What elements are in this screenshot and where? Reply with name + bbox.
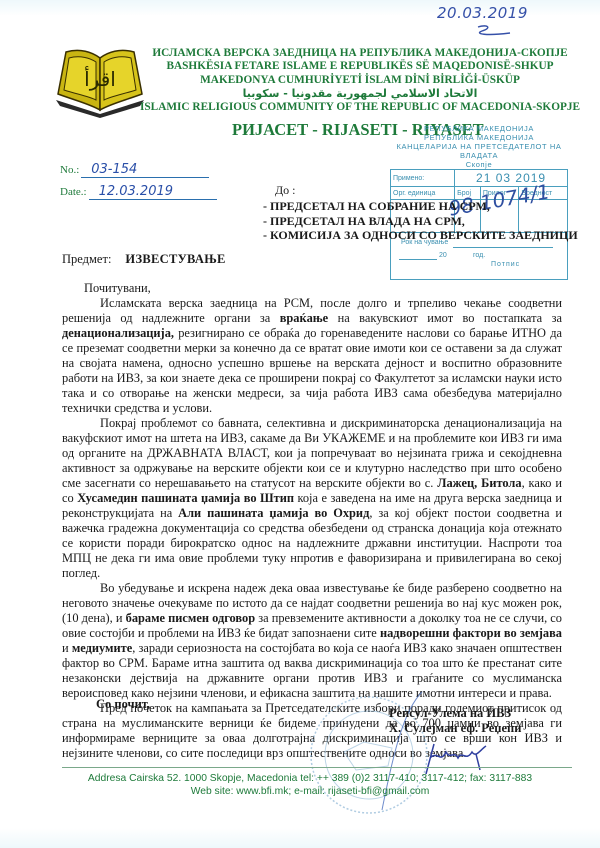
svg-text:اقرأ: اقرأ — [84, 66, 116, 91]
handwritten-initials-icon — [470, 24, 516, 38]
letterhead-arabic: الاتحاد الاسلامي لجمهورية مقدونيا - سكوب… — [140, 87, 580, 100]
signatory-title: Реисул-Улема на ИВЗ — [389, 706, 521, 721]
stamp-year-prefix: 20 — [439, 252, 447, 259]
document-date-value: 12.03.2019 — [89, 184, 217, 200]
handwritten-signature-icon — [420, 740, 490, 776]
closing: Со почит, — [96, 697, 150, 712]
body-paragraph: Исламската верска заедница на РСМ, после… — [62, 296, 562, 416]
letterhead-macedonian: ИСЛАМСКА ВЕРСКА ЗАЕДНИЦА НА РЕПУБЛИКА МА… — [140, 47, 580, 60]
body-paragraph: Покрај проблемот со бавната, селективна … — [62, 416, 562, 581]
letterhead-albanian: BASHKËSIA FETARE ISLAME E REPUBLIKËS SË … — [140, 60, 580, 73]
footer: Addresa Cairska 52. 1000 Skopje, Macedon… — [40, 773, 580, 798]
open-book-logo-icon: اقرأ — [52, 44, 148, 118]
footer-address: Addresa Cairska 52. 1000 Skopje, Macedon… — [40, 773, 580, 786]
document-number-value: 03-154 — [81, 162, 209, 178]
letterhead-turkish: MAKEDONYA CUMHURİYETİ İSLAM DİNİ BİRLİĞİ… — [140, 74, 580, 87]
emphasis-text: надворешни фактори во земјава — [380, 626, 562, 640]
stamp-year-suffix: год. — [473, 252, 485, 259]
document-date-label: Date.: — [60, 186, 87, 198]
emphasis-text: бараме писмен одговор — [126, 611, 256, 625]
letterhead: ИСЛАМСКА ВЕРСКА ЗАЕДНИЦА НА РЕПУБЛИКА МА… — [140, 47, 580, 114]
recipient-item: - КОМИСИЈА ЗА ОДНОСИ СО ВЕРСКИТЕ ЗАЕДНИЦ… — [263, 228, 578, 243]
recipient-item: - ПРЕДСЕТАЛ НА ВЛАДА НА СРМ, — [263, 214, 578, 229]
emphasis-text: медиумите — [72, 641, 132, 655]
footer-divider — [62, 767, 572, 768]
stamp-signature-label: Потпис — [491, 261, 520, 268]
stamp-header-2: РЕПУБЛИКА МАКЕДОНИЈА — [390, 133, 568, 142]
body-paragraph: Во убедување и искрена надеж дека оваа и… — [62, 581, 562, 701]
emphasis-text: Хусамедин пашината џамија во Штип — [77, 491, 294, 505]
letter-body: Почитувани, Исламската верска заедница н… — [62, 281, 562, 761]
stamp-header-3: КАНЦЕЛАРИЈА НА ПРЕТСЕДАТЕЛОТ НА ВЛАДАТА — [390, 142, 568, 160]
stamp-header-1: РЕПУБЛИКА МАКЕДОНИЈА — [390, 124, 568, 133]
subject-label: Предмет: — [62, 252, 111, 266]
footer-web: Web site: www.bfi.mk; e-mail: rijaseti-b… — [40, 786, 580, 799]
body-text: на вакувскиот имот во постапката за — [328, 311, 562, 325]
letterhead-english: ISLAMIC RELIGIOUS COMMUNITY OF THE REPUB… — [140, 101, 580, 114]
scan-bottom-band — [0, 828, 600, 848]
stamp-header-4: Скопје — [390, 160, 568, 169]
recipient-item: - ПРЕДСЕТАЛ НА СОБРАНИЕ НА СРМ, — [263, 199, 578, 214]
document-date: Date.:12.03.2019 — [60, 184, 217, 200]
document-number: No.:03-154 — [60, 162, 209, 178]
subject-value: ИЗВЕСТУВАЊЕ — [125, 252, 225, 266]
emphasis-text: Али пашината џамија во Охрид — [178, 506, 369, 520]
greeting: Почитувани, — [62, 281, 562, 296]
emphasis-text: враќање — [280, 311, 329, 325]
handwritten-received-date: 20.03.2019 — [437, 4, 528, 22]
body-text: и — [62, 641, 72, 655]
emphasis-text: денационализација, — [62, 326, 174, 340]
emphasis-text: Лажец, Битола — [437, 476, 521, 490]
recipients: До : - ПРЕДСЕТАЛ НА СОБРАНИЕ НА СРМ, - П… — [263, 183, 578, 243]
signature-block: Реисул-Улема на ИВЗ Х. Сулејман еф. Реџе… — [389, 706, 521, 736]
subject-line: Предмет:ИЗВЕСТУВАЊЕ — [62, 252, 226, 267]
signatory-name: Х. Сулејман еф. Реџепи — [389, 721, 521, 736]
document-number-label: No.: — [60, 164, 79, 176]
recipients-label: До : — [275, 183, 578, 198]
